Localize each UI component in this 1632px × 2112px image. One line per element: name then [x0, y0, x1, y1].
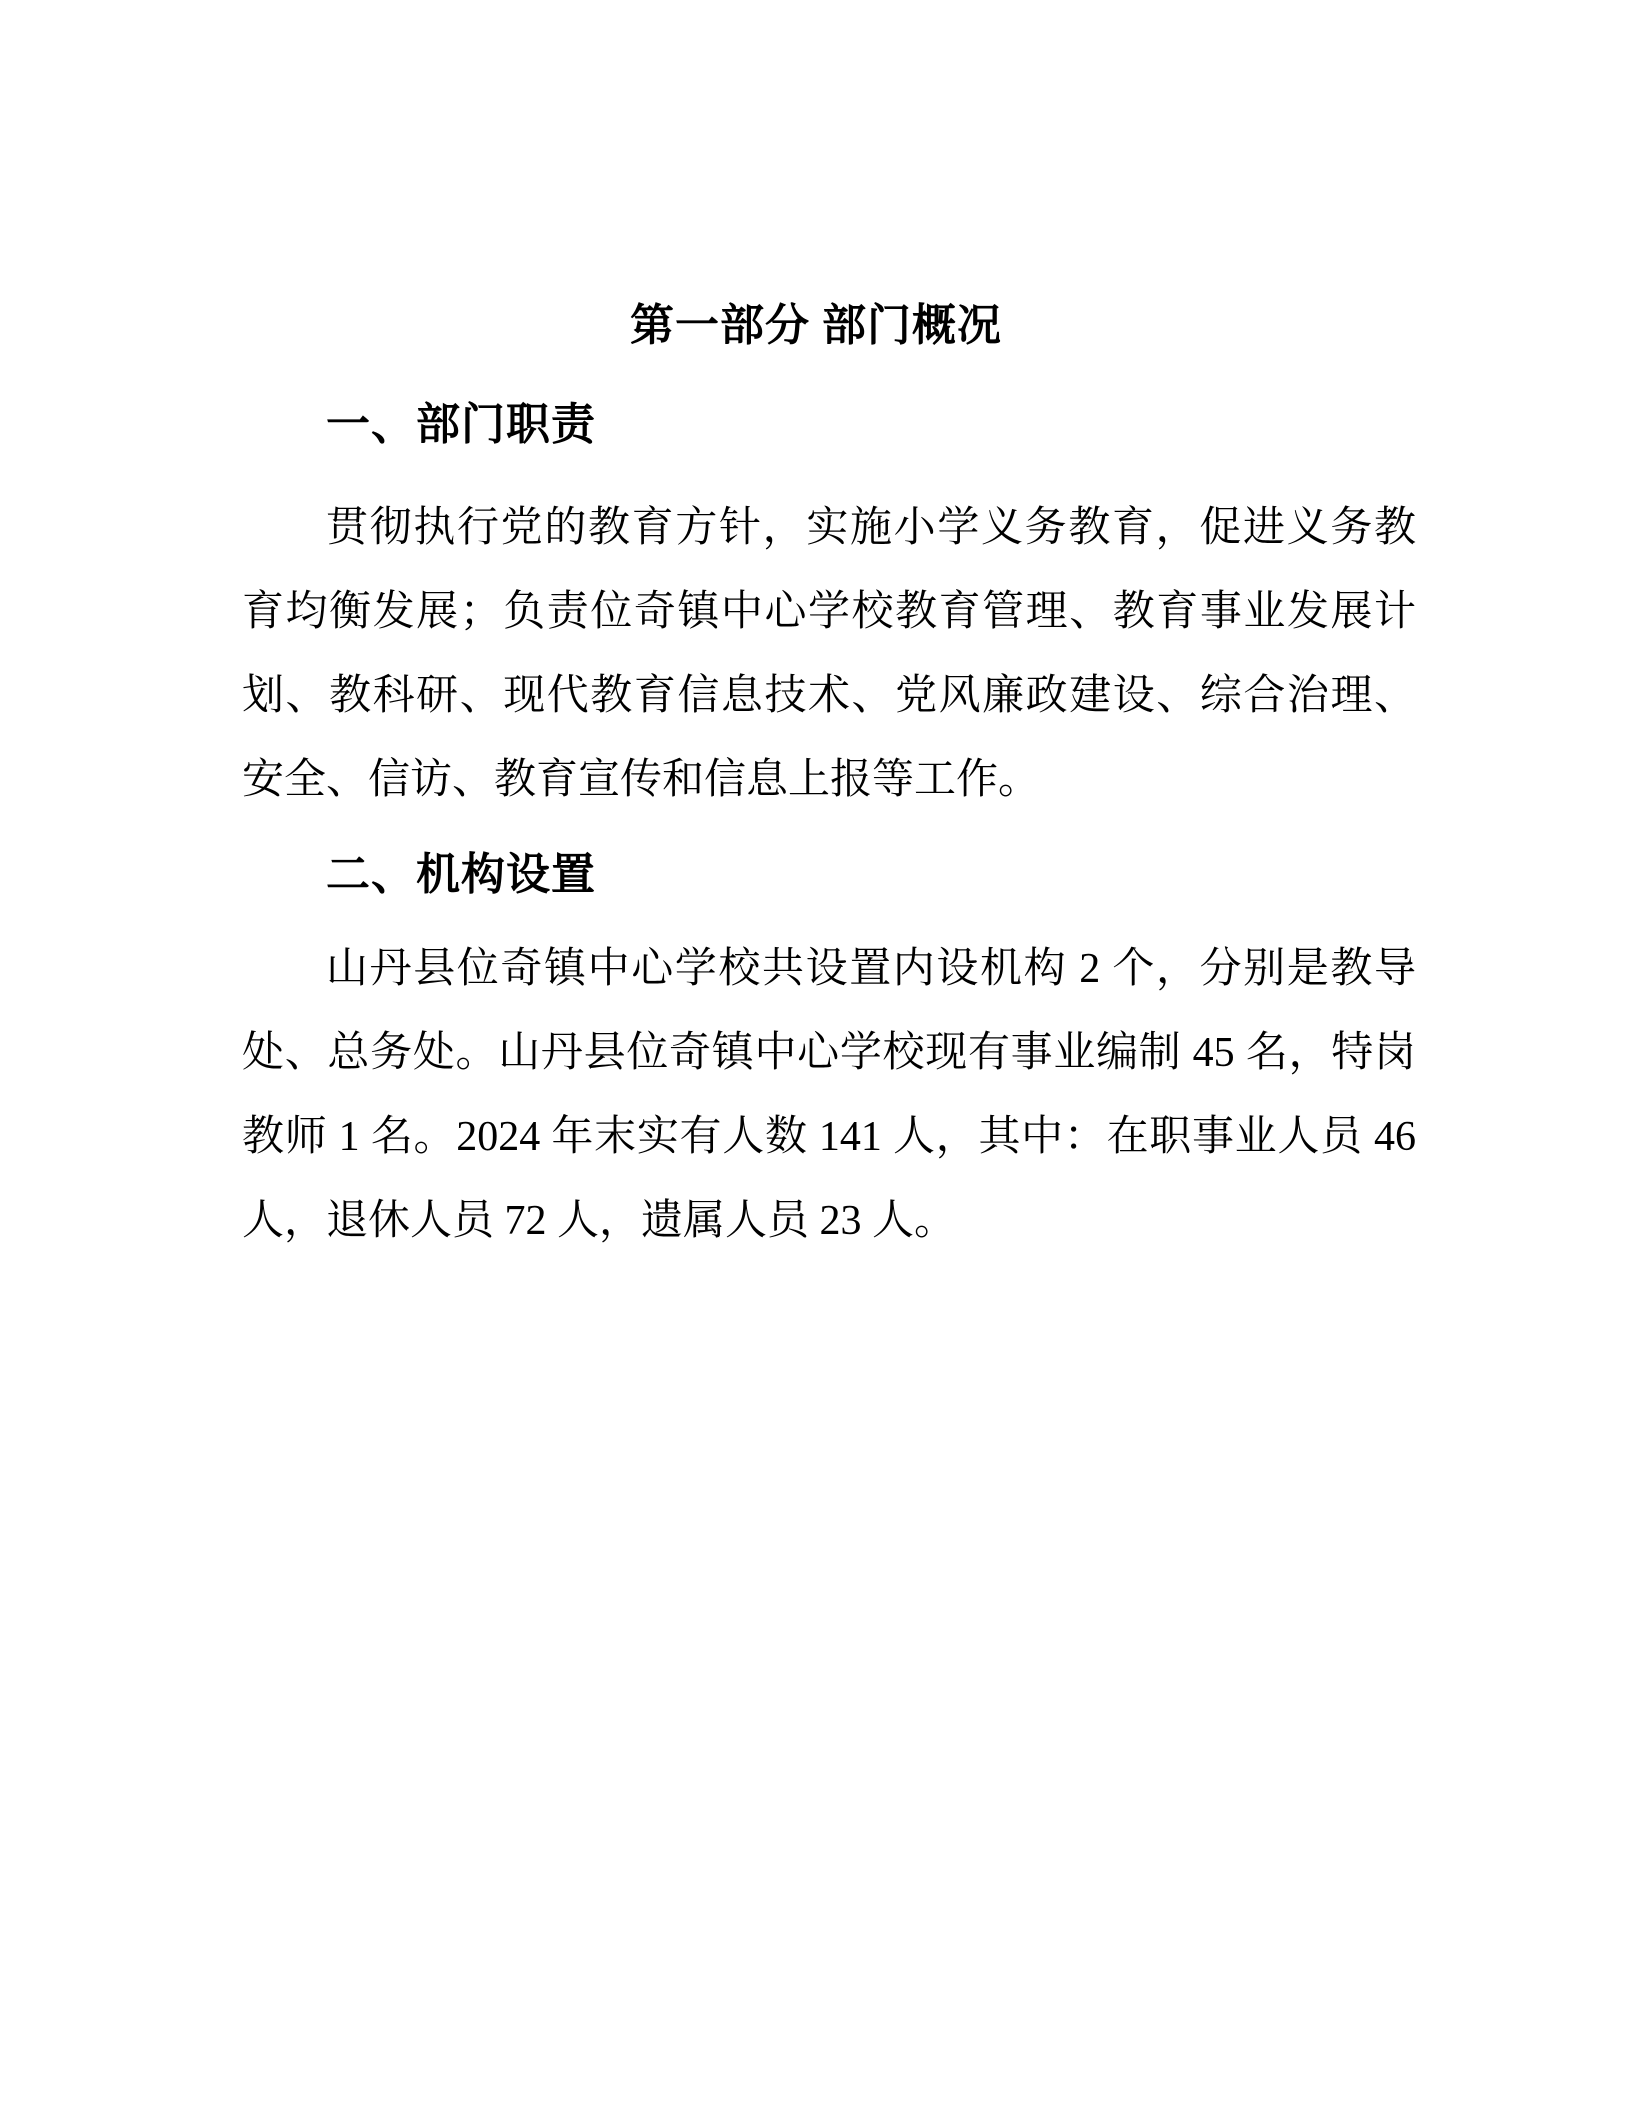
- paragraph-line: 划、教科研、现代教育信息技术、党风廉政建设、综合治理、: [242, 654, 1416, 738]
- paragraph-line: 贯彻执行党的教育方针，实施小学义务教育，促进义务教: [242, 486, 1416, 570]
- paragraph-line: 教师 1 名。2024 年末实有人数 141 人，其中：在职事业人员 46: [242, 1095, 1416, 1179]
- paragraph-line: 安全、信访、教育宣传和信息上报等工作。: [242, 738, 1416, 822]
- paragraph-line: 人，退休人员 72 人，遗属人员 23 人。: [242, 1179, 1416, 1263]
- paragraph-line: 山丹县位奇镇中心学校共设置内设机构 2 个，分别是教导: [242, 927, 1416, 1011]
- document-title: 第一部分 部门概况: [0, 299, 1632, 352]
- paragraph-line: 处、总务处。山丹县位奇镇中心学校现有事业编制 45 名，特岗: [242, 1011, 1416, 1095]
- document-page: 第一部分 部门概况 一、部门职责 贯彻执行党的教育方针，实施小学义务教育，促进义…: [0, 0, 1632, 2112]
- paragraph-organization-setup: 山丹县位奇镇中心学校共设置内设机构 2 个，分别是教导 处、总务处。山丹县位奇镇…: [242, 927, 1416, 1263]
- paragraph-line: 育均衡发展；负责位奇镇中心学校教育管理、教育事业发展计: [242, 570, 1416, 654]
- section-heading-organization-setup: 二、机构设置: [326, 853, 1632, 897]
- section-heading-department-duties: 一、部门职责: [326, 403, 1632, 447]
- paragraph-department-duties: 贯彻执行党的教育方针，实施小学义务教育，促进义务教 育均衡发展；负责位奇镇中心学…: [242, 486, 1416, 822]
